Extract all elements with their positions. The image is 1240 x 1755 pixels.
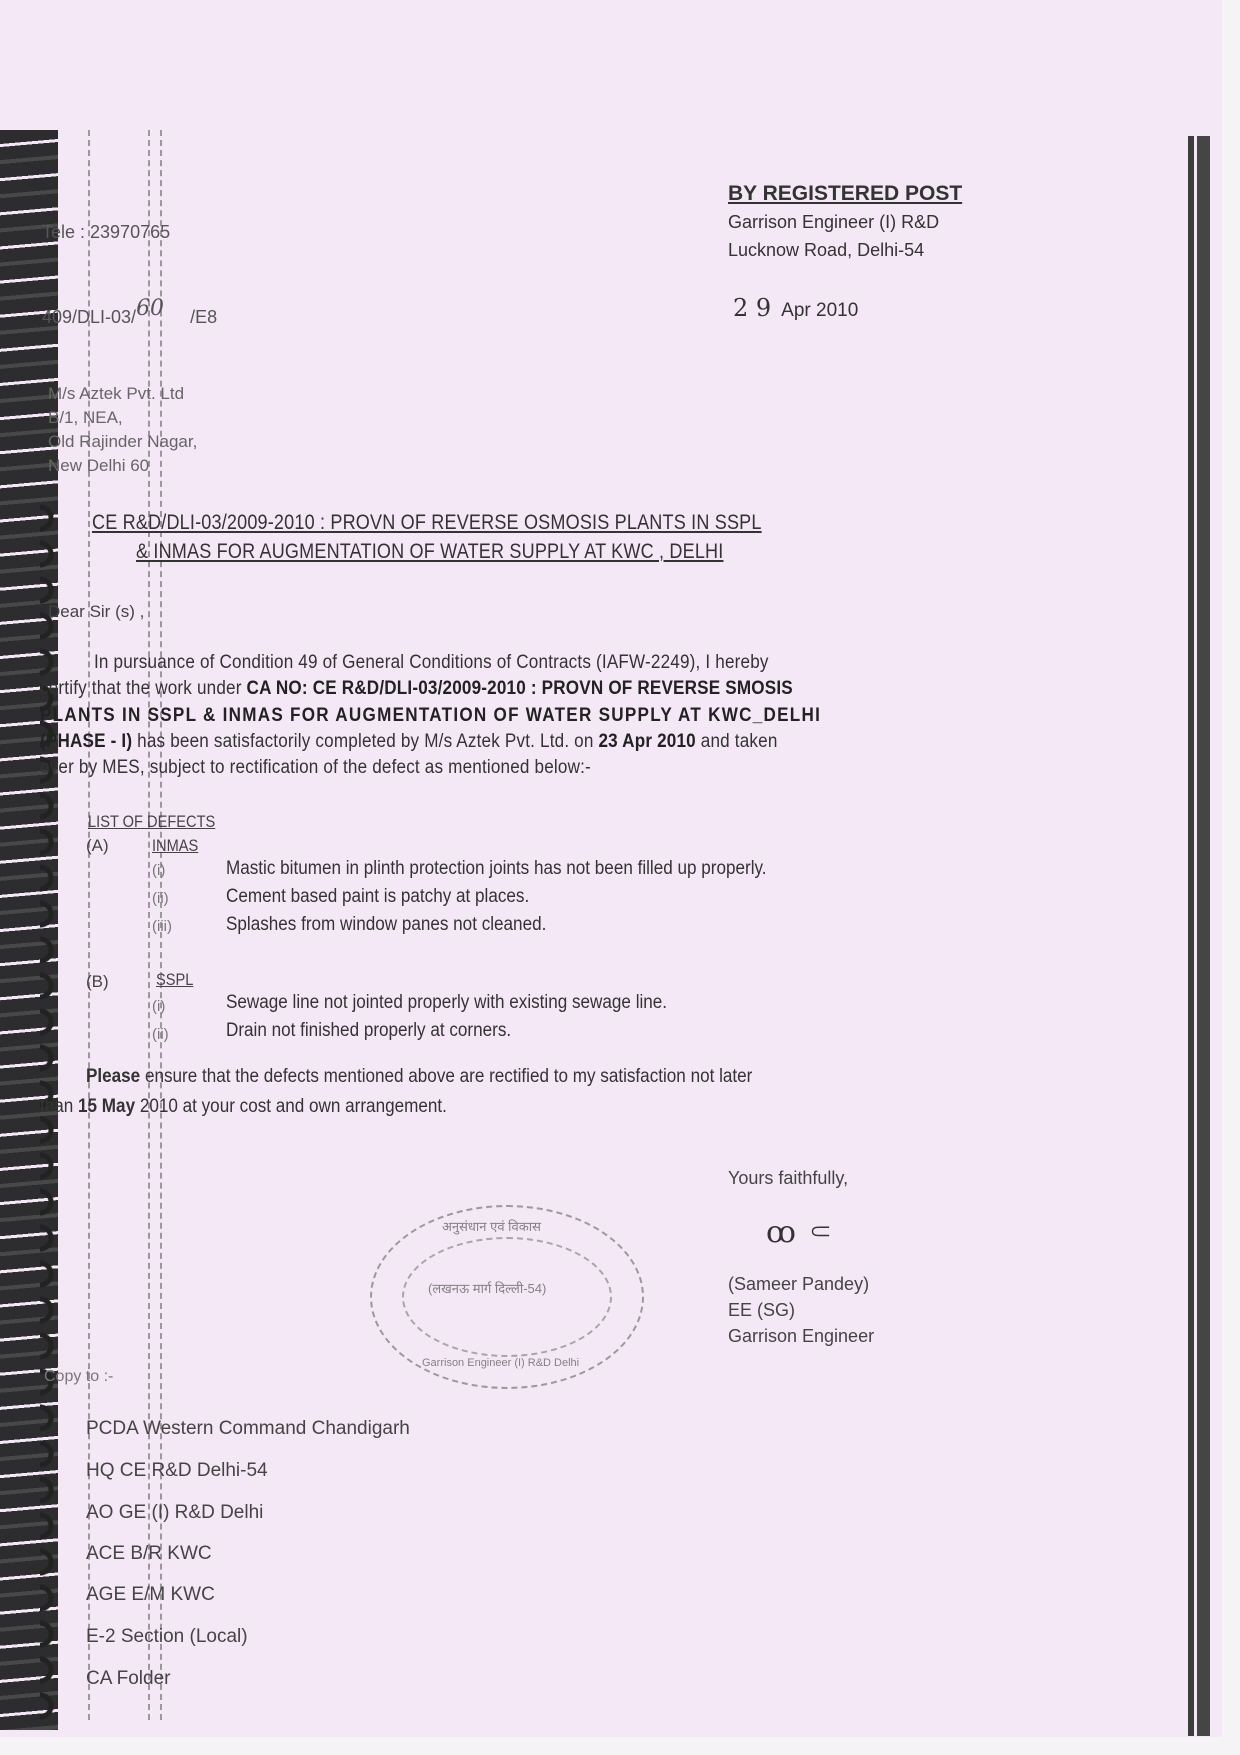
body-line-1: In pursuance of Condition 49 of General … <box>94 652 769 674</box>
copy-recipient: HQ CE R&D Delhi-54 <box>86 1460 268 1482</box>
telephone: Tele : 23970765 <box>42 222 170 243</box>
letter-date: 2 9Apr 2010 <box>733 294 858 322</box>
closing-line-2: than 15 May 2010 at your cost and own ar… <box>40 1096 447 1118</box>
body-line-5: over by MES, subject to rectification of… <box>40 757 591 779</box>
defects-heading: LIST OF DEFECTS <box>88 812 215 832</box>
body-line-2: certify that the work under CA NO: CE R&… <box>40 678 793 700</box>
defect-number: (i) <box>152 998 165 1015</box>
copy-recipient: PCDA Western Command Chandigarh <box>86 1418 410 1440</box>
handwritten-signature: ꝏ ⸦ <box>766 1210 836 1251</box>
section-name-inmas: INMAS <box>152 836 198 856</box>
subject-line-2: & INMAS FOR AUGMENTATION OF WATER SUPPLY… <box>136 540 723 564</box>
copy-to-label: Copy to :- <box>44 1368 113 1386</box>
office-address: Lucknow Road, Delhi-54 <box>728 240 924 261</box>
section-label-a: (A) <box>86 836 109 856</box>
scan-edge-shadow <box>1188 136 1210 1736</box>
defect-item: Cement based paint is patchy at places. <box>226 886 529 908</box>
copy-recipient: AO GE (I) R&D Delhi <box>86 1502 263 1524</box>
copy-recipient: E-2 Section (Local) <box>86 1626 248 1648</box>
closing-salutation: Yours faithfully, <box>728 1168 848 1189</box>
addressee-line: M/s Aztek Pvt. Ltd <box>48 384 184 404</box>
defect-item: Drain not finished properly at corners. <box>226 1020 511 1042</box>
copy-recipient: AGE E/M KWC <box>86 1584 215 1606</box>
copy-recipient: CA Folder <box>86 1668 170 1690</box>
stamp-text-bottom: Garrison Engineer (I) R&D Delhi <box>422 1357 579 1369</box>
delivery-mode: BY REGISTERED POST <box>728 182 962 206</box>
addressee-line: New Delhi 60 <box>48 456 149 476</box>
body-line-4: (PHASE - I) has been satisfactorily comp… <box>40 731 778 753</box>
copy-recipient: ACE B/R KWC <box>86 1543 212 1565</box>
defect-item: Mastic bitumen in plinth protection join… <box>226 858 767 880</box>
stamp-text-inner: (लखनऊ मार्ग दिल्ली-54) <box>428 1279 546 1297</box>
signatory-rank: EE (SG) <box>728 1300 795 1321</box>
salutation: Dear Sir (s) , <box>48 602 144 622</box>
stamp-text-top: अनुसंधान एवं विकास <box>442 1217 541 1235</box>
office-stamp: अनुसंधान एवं विकास (लखनऊ मार्ग दिल्ली-54… <box>370 1205 644 1389</box>
defect-number: (iii) <box>152 918 172 935</box>
reference-number: 409/DLI-03/60/E8 <box>42 304 217 329</box>
body-line-3: PLANTS IN SSPL & INMAS FOR AUGMENTATION … <box>40 705 821 727</box>
date-handwritten-day: 2 9 <box>733 294 771 322</box>
defect-item: Sewage line not jointed properly with ex… <box>226 992 667 1014</box>
section-label-b: (B) <box>86 972 109 992</box>
signatory-name: (Sameer Pandey) <box>728 1274 869 1295</box>
addressee-line: B/1, NEA, <box>48 408 123 428</box>
reference-handwritten: 60 <box>136 296 164 321</box>
date-printed: Apr 2010 <box>781 300 858 321</box>
stamp-inner-ring <box>402 1237 612 1357</box>
office-name: Garrison Engineer (I) R&D <box>728 212 939 233</box>
defect-number: (i) <box>152 862 165 879</box>
addressee-line: Old Rajinder Nagar, <box>48 432 197 452</box>
signatory-designation: Garrison Engineer <box>728 1326 874 1347</box>
defect-number: (ii) <box>152 890 169 907</box>
subject-line-1: CE R&D/DLI-03/2009-2010 : PROVN OF REVER… <box>92 511 762 535</box>
defect-item: Splashes from window panes not cleaned. <box>226 914 546 936</box>
defect-number: (ii) <box>152 1026 169 1043</box>
section-name-sspl: SSPL <box>156 970 193 990</box>
closing-line-1: Please ensure that the defects mentioned… <box>86 1066 752 1088</box>
